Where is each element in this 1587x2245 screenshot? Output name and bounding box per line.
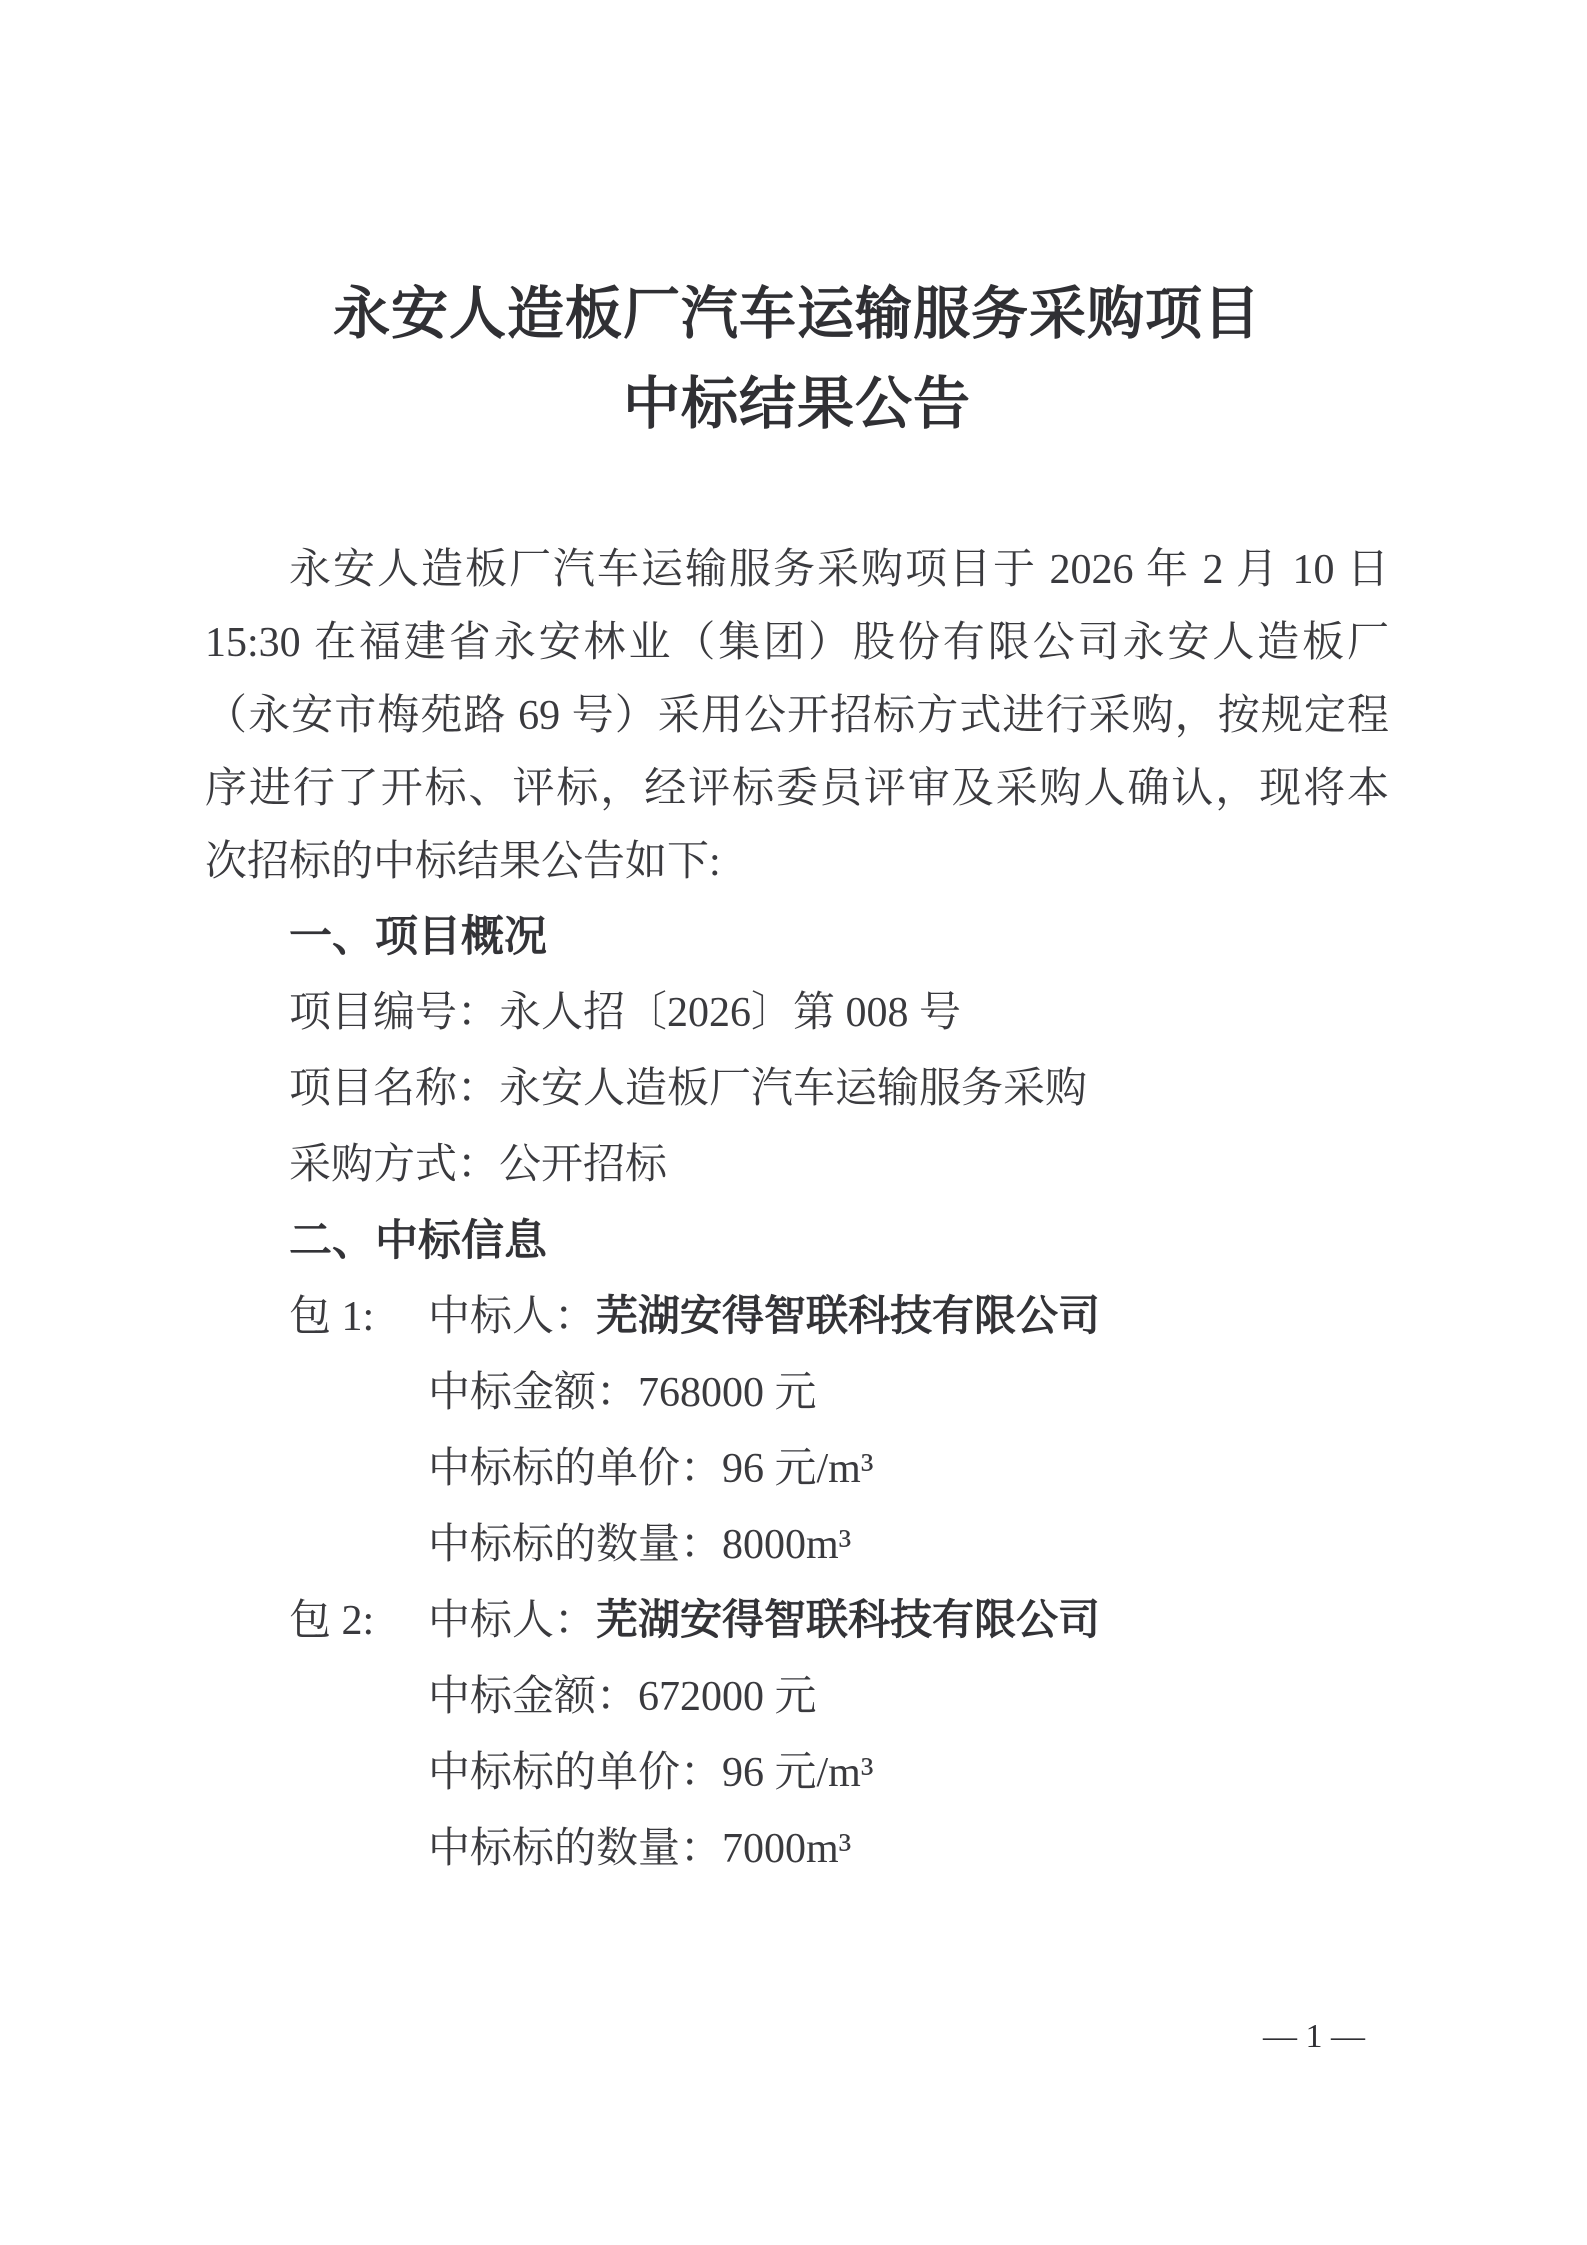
field-value: 8000m³ (722, 1522, 851, 1568)
document-body-listing: 一、项目概况 项目编号：永人招〔2026〕第 008 号 项目名称：永安人造板厂… (205, 899, 1389, 1887)
section-heading-award-info: 二、中标信息 (205, 1203, 1389, 1279)
field-row-project-name: 项目名称：永安人造板厂汽车运输服务采购 (205, 1051, 1389, 1127)
field-label: 中标标的单价： (428, 1750, 722, 1796)
field-row-project-number: 项目编号：永人招〔2026〕第 008 号 (205, 975, 1389, 1051)
field-value: 永人招〔2026〕第 008 号 (499, 990, 961, 1036)
field-value: 672000 元 (638, 1674, 817, 1720)
field-label: 项目名称： (289, 1066, 499, 1112)
field-label: 中标标的数量： (428, 1522, 722, 1568)
lot-2-winner-row: 包 2:中标人：芜湖安得智联科技有限公司 (205, 1583, 1389, 1659)
field-label: 中标标的单价： (428, 1446, 722, 1492)
field-value: 96 元/m³ (722, 1446, 873, 1492)
intro-line: （永安市梅苑路 69 号）采用公开招标方式进行采购，按规定程 (205, 680, 1389, 753)
field-label: 中标人： (428, 1294, 596, 1340)
lot-2-quantity-row: 中标标的数量：7000m³ (205, 1811, 1389, 1887)
winner-name: 芜湖安得智联科技有限公司 (596, 1598, 1100, 1644)
field-label: 项目编号： (289, 990, 499, 1036)
field-value: 768000 元 (638, 1370, 817, 1416)
lot-1-quantity-row: 中标标的数量：8000m³ (205, 1507, 1389, 1583)
field-label: 中标金额： (428, 1674, 638, 1720)
lot-1-label: 包 1: (289, 1279, 428, 1355)
field-row-procurement-method: 采购方式：公开招标 (205, 1127, 1389, 1203)
intro-line: 次招标的中标结果公告如下: (205, 826, 1389, 899)
intro-line: 永安人造板厂汽车运输服务采购项目于 2026 年 2 月 10 日 (205, 534, 1389, 607)
intro-line: 序进行了开标、评标，经评标委员评审及采购人确认，现将本 (205, 753, 1389, 826)
field-value: 7000m³ (722, 1826, 851, 1872)
document-title-line-1: 永安人造板厂汽车运输服务采购项目 (205, 270, 1389, 360)
field-value: 永安人造板厂汽车运输服务采购 (499, 1066, 1087, 1112)
field-label: 中标金额： (428, 1370, 638, 1416)
intro-paragraph: 永安人造板厂汽车运输服务采购项目于 2026 年 2 月 10 日 15:30 … (205, 534, 1389, 899)
winner-name: 芜湖安得智联科技有限公司 (596, 1294, 1100, 1340)
lot-2-amount-row: 中标金额：672000 元 (205, 1659, 1389, 1735)
lot-1-winner-row: 包 1:中标人：芜湖安得智联科技有限公司 (205, 1279, 1389, 1355)
document-title-line-2: 中标结果公告 (205, 360, 1389, 450)
field-label: 中标人： (428, 1598, 596, 1644)
document-title: 永安人造板厂汽车运输服务采购项目 中标结果公告 (205, 270, 1389, 450)
page-number: — 1 — (1263, 2012, 1365, 2062)
lot-1-amount-row: 中标金额：768000 元 (205, 1355, 1389, 1431)
document-page: 永安人造板厂汽车运输服务采购项目 中标结果公告 永安人造板厂汽车运输服务采购项目… (0, 0, 1587, 2245)
field-label: 中标标的数量： (428, 1826, 722, 1872)
document-content: 永安人造板厂汽车运输服务采购项目 中标结果公告 永安人造板厂汽车运输服务采购项目… (0, 270, 1587, 1887)
intro-line: 15:30 在福建省永安林业（集团）股份有限公司永安人造板厂 (205, 607, 1389, 680)
field-value: 96 元/m³ (722, 1750, 873, 1796)
lot-2-label: 包 2: (289, 1583, 428, 1659)
lot-1-unit-price-row: 中标标的单价：96 元/m³ (205, 1431, 1389, 1507)
section-heading-project-overview: 一、项目概况 (205, 899, 1389, 975)
field-label: 采购方式： (289, 1142, 499, 1188)
field-value: 公开招标 (499, 1142, 667, 1188)
lot-2-unit-price-row: 中标标的单价：96 元/m³ (205, 1735, 1389, 1811)
